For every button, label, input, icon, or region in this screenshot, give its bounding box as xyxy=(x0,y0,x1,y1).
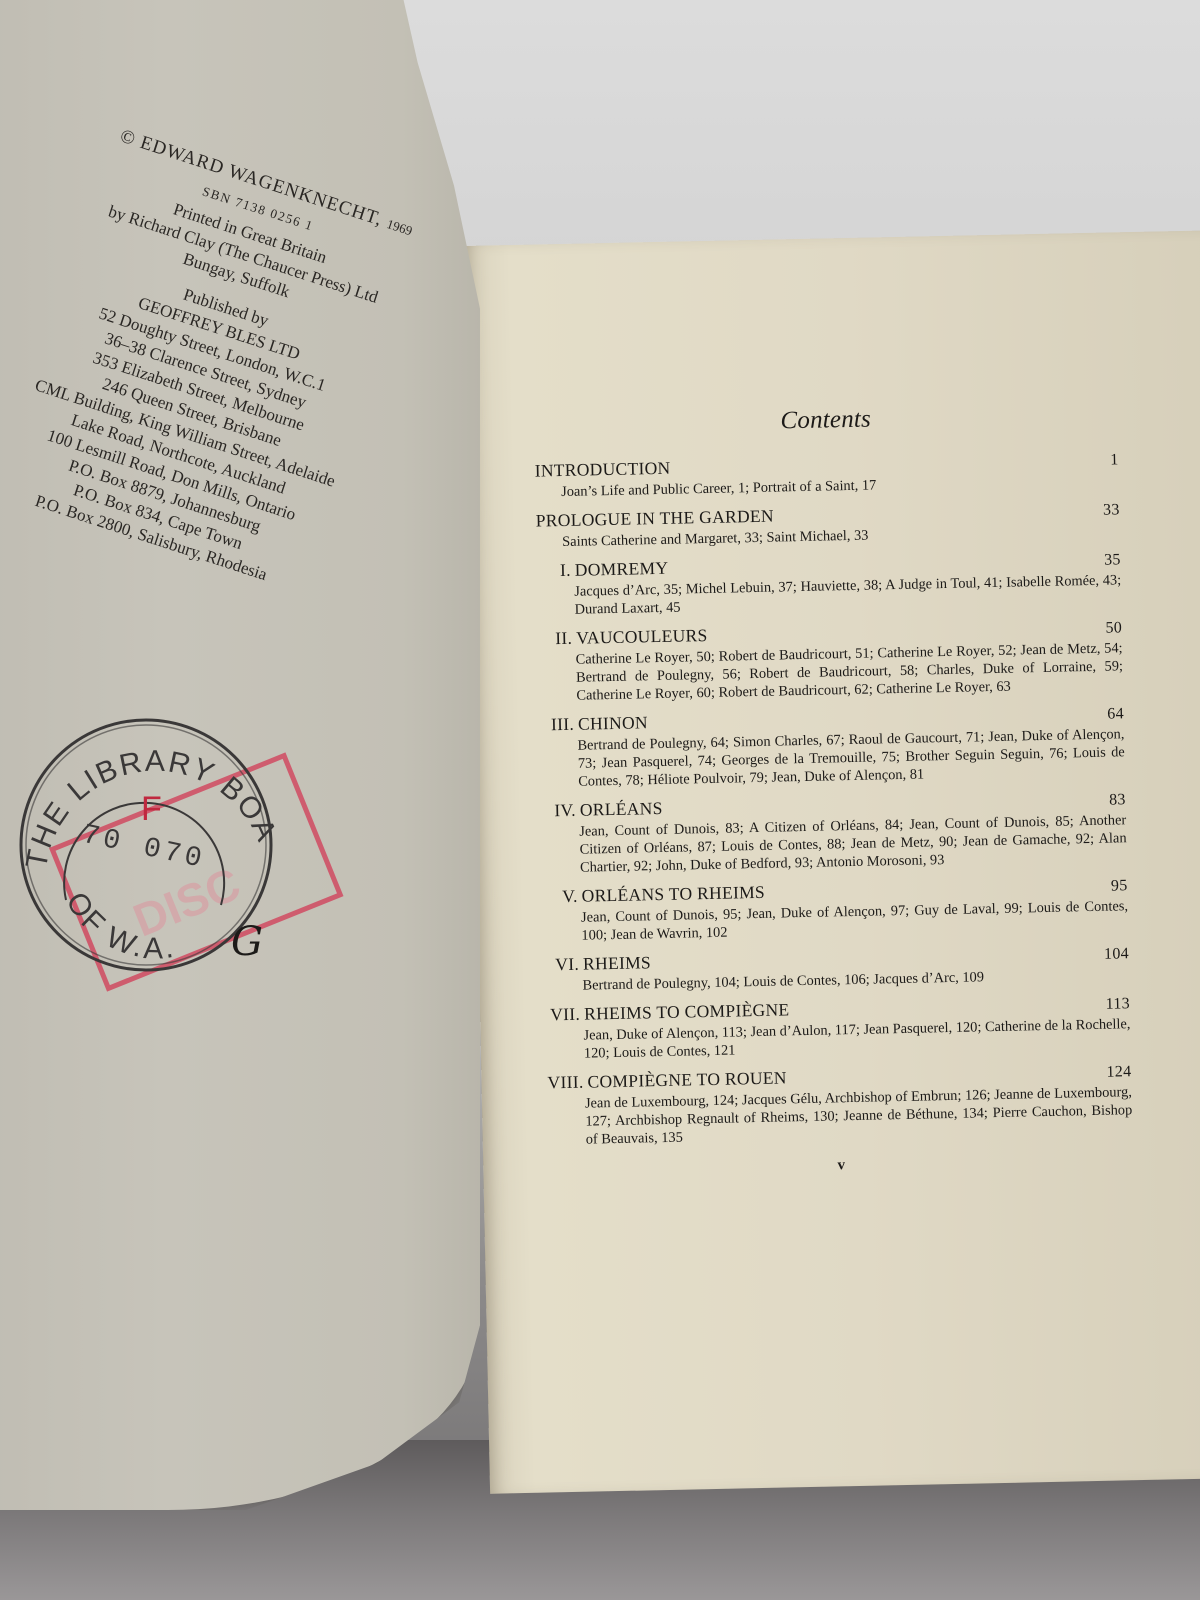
chapter-heading: COMPIÈGNE TO ROUEN xyxy=(587,1067,787,1091)
chapter-sections: Jean, Count of Dunois, 83; A Citizen of … xyxy=(542,811,1127,877)
toc-entry-prologue: PROLOGUE IN THE GARDEN 33 Saints Catheri… xyxy=(536,498,1121,551)
chapter-page-number: 113 xyxy=(1105,993,1130,1015)
contents-page: Contents INTRODUCTION 1 Joan’s Life and … xyxy=(464,230,1200,1494)
toc-entry-chapter-2: II.VAUCOULEURS 50 Catherine Le Royer, 50… xyxy=(538,616,1123,705)
library-stamp-icon: DISC THE LIBRARY BOARD OF W.A. F 70 070 … xyxy=(6,700,306,1000)
stamp-initial: G xyxy=(231,919,263,965)
chapter-heading: INTRODUCTION xyxy=(535,458,671,481)
chapter-page-number: 35 xyxy=(1104,549,1121,570)
chapter-numeral: VI. xyxy=(545,954,579,976)
chapter-page-number: 95 xyxy=(1111,875,1128,896)
chapter-sections: Catherine Le Royer, 50; Robert de Baudri… xyxy=(539,639,1124,705)
chapter-page-number: 33 xyxy=(1103,499,1120,520)
chapter-numeral: I. xyxy=(537,560,571,582)
toc-entry-chapter-3: III.CHINON 64 Bertrand de Poulegny, 64; … xyxy=(540,702,1125,791)
chapter-page-number: 104 xyxy=(1104,943,1129,965)
chapter-heading: VAUCOULEURS xyxy=(576,625,708,648)
chapter-numeral: IV. xyxy=(542,800,576,822)
chapter-page-number: 124 xyxy=(1106,1061,1131,1083)
chapter-sections: Bertrand de Poulegny, 64; Simon Charles,… xyxy=(540,725,1125,791)
chapter-numeral: III. xyxy=(540,714,574,736)
stamp-number: 70 070 xyxy=(80,820,209,876)
chapter-heading: RHEIMS TO COMPIÈGNE xyxy=(584,999,790,1023)
toc-entry-chapter-5: V.ORLÉANS TO RHEIMS 95 Jean, Count of Du… xyxy=(543,874,1128,945)
chapter-heading: DOMREMY xyxy=(575,558,669,580)
chapter-page-number: 83 xyxy=(1109,789,1126,810)
toc-entry-chapter-1: I.DOMREMY 35 Jacques d’Arc, 35; Michel L… xyxy=(537,548,1122,619)
toc-entry-introduction: INTRODUCTION 1 Joan’s Life and Public Ca… xyxy=(535,448,1120,501)
chapter-numeral: VIII. xyxy=(547,1072,583,1094)
chapter-heading: RHEIMS xyxy=(583,952,651,973)
library-stamp: DISC THE LIBRARY BOARD OF W.A. F 70 070 … xyxy=(6,700,306,1000)
toc-entry-chapter-4: IV.ORLÉANS 83 Jean, Count of Dunois, 83;… xyxy=(542,788,1127,877)
chapter-numeral: II. xyxy=(538,628,572,650)
chapter-heading: ORLÉANS xyxy=(580,798,663,820)
chapter-numeral: V. xyxy=(543,886,577,908)
chapter-heading: ORLÉANS TO RHEIMS xyxy=(581,882,765,906)
toc-entry-chapter-7: VII.RHEIMS TO COMPIÈGNE 113 Jean, Duke o… xyxy=(546,992,1131,1063)
table-of-contents: Contents INTRODUCTION 1 Joan’s Life and … xyxy=(534,400,1134,1180)
contents-title: Contents xyxy=(534,400,1118,440)
chapter-heading: CHINON xyxy=(578,712,648,733)
page-folio: v xyxy=(549,1151,1133,1180)
chapter-heading: PROLOGUE IN THE GARDEN xyxy=(536,506,775,531)
toc-entry-chapter-6: VI.RHEIMS 104 Bertrand de Poulegny, 104;… xyxy=(545,942,1130,995)
chapter-page-number: 64 xyxy=(1107,703,1124,724)
toc-entry-chapter-8: VIII.COMPIÈGNE TO ROUEN 124 Jean de Luxe… xyxy=(547,1060,1132,1149)
stamp-letter: F xyxy=(141,790,162,828)
chapter-sections: Jean de Luxembourg, 124; Jacques Gélu, A… xyxy=(548,1083,1133,1149)
copyright-year: 1969 xyxy=(385,216,414,238)
chapter-numeral: VII. xyxy=(546,1004,580,1026)
chapter-page-number: 1 xyxy=(1110,449,1119,470)
chapter-page-number: 50 xyxy=(1105,617,1122,638)
